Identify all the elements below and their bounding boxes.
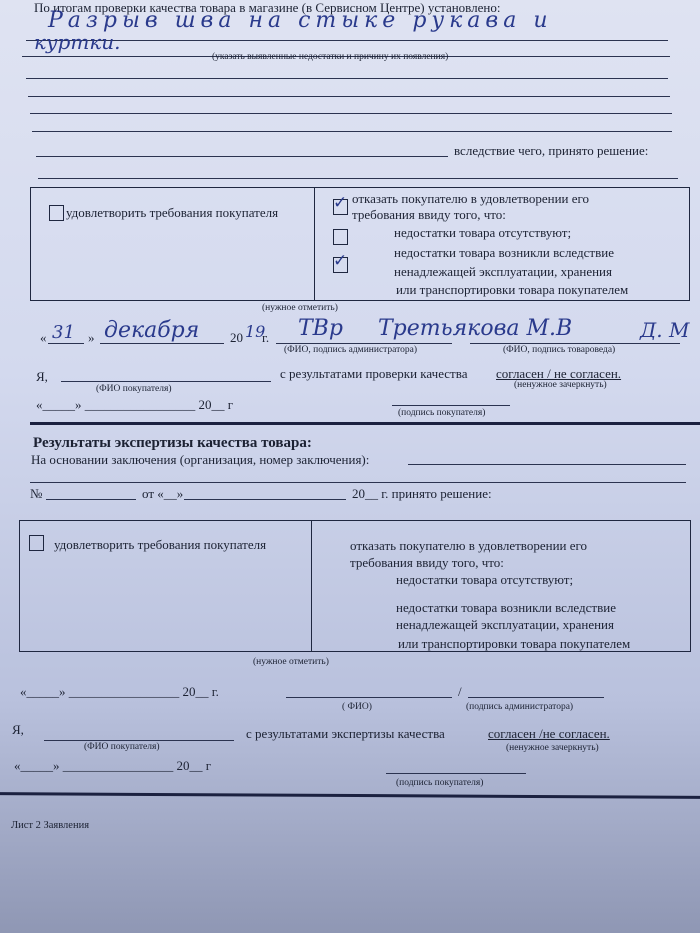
mark-hint: (нужное отметить) — [262, 303, 338, 313]
defect-line[interactable] — [28, 96, 670, 97]
agree-option-2[interactable]: согласен /не согласен. — [488, 726, 610, 742]
consequence-text: вследствие чего, принято решение: — [454, 143, 648, 159]
defect-hint: (указать выявленные недостатки и причину… — [212, 52, 448, 62]
check-icon: ✓ — [333, 196, 347, 210]
buyer-name-field[interactable] — [61, 381, 271, 382]
defect-line[interactable] — [26, 78, 668, 79]
merch-extra: Д. М — [640, 318, 689, 342]
merch-hint: (ФИО, подпись товароведа) — [503, 345, 615, 355]
conclusion-number-field[interactable] — [46, 499, 136, 500]
conclusion-date-field[interactable] — [184, 499, 346, 500]
buyer-name-field-2[interactable] — [44, 740, 234, 741]
refuse-label-2: требования ввиду того, что: — [352, 207, 506, 223]
buyer-signature-field[interactable] — [392, 405, 510, 406]
admin-signature: ТВр — [298, 316, 343, 341]
defect-line[interactable] — [32, 131, 672, 132]
misuse-label-3: или транспортировки товара покупателем — [396, 282, 628, 298]
defect-handwriting-line1: Разрыв шва на стыке рукава и — [48, 8, 553, 33]
satisfy-checkbox-2[interactable] — [29, 535, 44, 551]
misuse-label-2: ненадлежащей эксплуатации, хранения — [394, 264, 612, 280]
admin-signature-field[interactable] — [468, 697, 604, 698]
date-month: декабря — [104, 318, 199, 343]
no-defects-checkbox[interactable] — [333, 229, 348, 245]
merch-name: Третьякова М.В — [378, 316, 572, 341]
satisfy-checkbox[interactable] — [49, 205, 64, 221]
admin-fio-field[interactable] — [286, 697, 452, 698]
buyer-signature-field-2[interactable] — [386, 773, 526, 774]
defect-line[interactable] — [30, 113, 672, 114]
sheet-label: Лист 2 Заявления — [11, 820, 89, 831]
misuse-label-1: недостатки товара возникли вследствие — [394, 245, 614, 261]
satisfy-label: удовлетворить требования покупателя — [66, 205, 278, 221]
check-icon: ✓ — [333, 254, 347, 268]
expertise-heading: Результаты экспертизы качества товара: — [33, 435, 312, 452]
buyer-date-field-2[interactable]: «_____» _________________ 20__ г — [14, 758, 211, 774]
buyer-date-field[interactable]: «_____» _________________ 20__ г — [36, 397, 233, 413]
basis-field-2[interactable] — [30, 482, 686, 483]
admin-date-field[interactable]: «_____» _________________ 20__ г. — [20, 684, 219, 700]
defect-handwriting-line2: куртки. — [34, 30, 121, 54]
date-day: 31 — [52, 322, 75, 343]
admin-hint: (ФИО, подпись администратора) — [284, 345, 417, 355]
refuse-label-1: отказать покупателю в удовлетворении его — [352, 191, 589, 207]
basis-field[interactable] — [408, 464, 686, 465]
defect-line[interactable] — [36, 156, 448, 157]
no-defects-label: недостатки товара отсутствуют; — [394, 225, 571, 241]
